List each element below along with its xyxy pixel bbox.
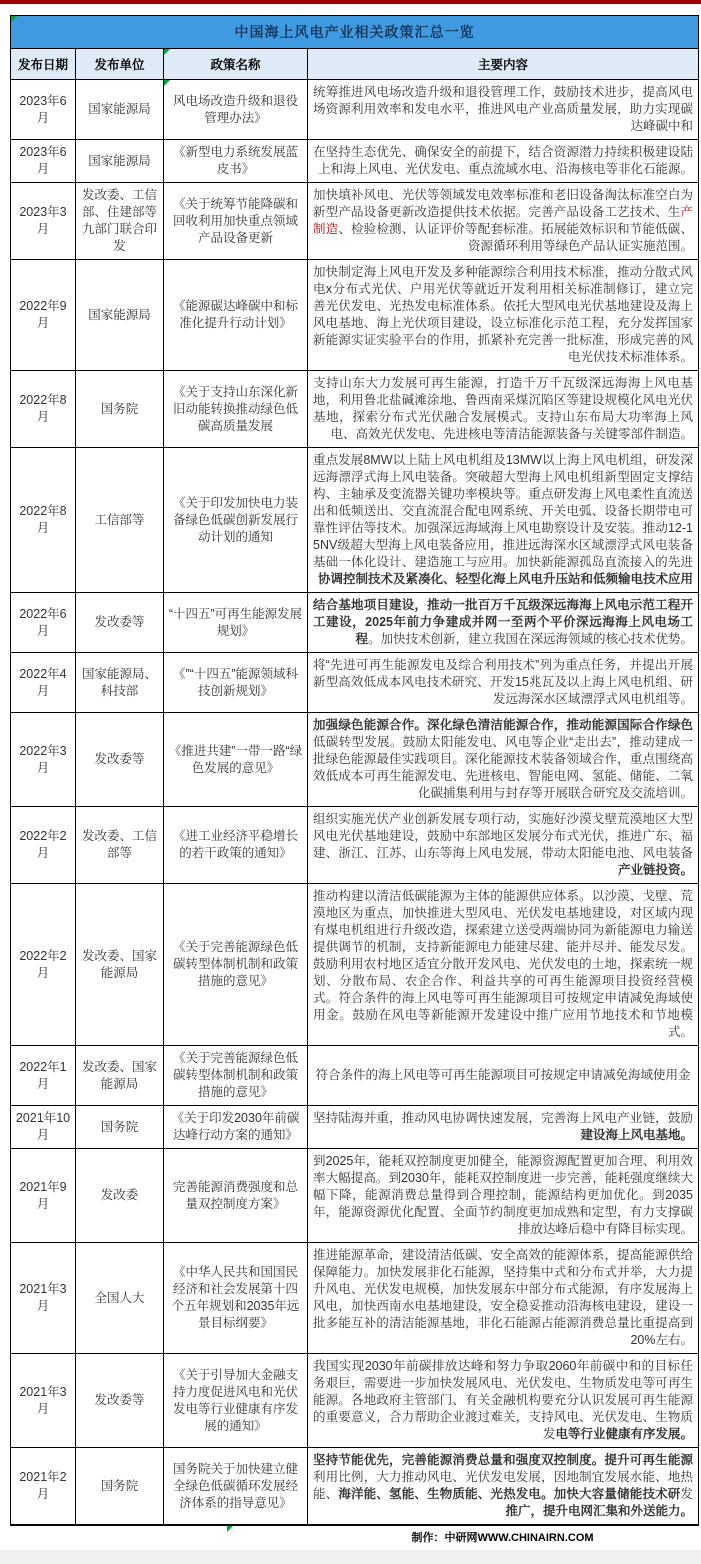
table-row: 2021年3月 全国人大 《中华人民共和国国民经济和社会发展第十四个五年规划和2… (11, 1243, 699, 1354)
cell-unit: 发改委 (76, 1149, 164, 1243)
cell-content: 到2025年，能耗双控制度更加健全，能源资源配置更加合理、利用效率大幅提高。到2… (308, 1149, 699, 1243)
table-row: 2021年10月 国务院 《关于印发2030年前碳达峰行动方案的通知》 坚持陆海… (11, 1106, 699, 1149)
cell-date: 2021年2月 (11, 1448, 76, 1526)
cell-policy-name: 《”“十四五”能源领域科技创新规划》 (164, 653, 308, 713)
col-header-content: 主要内容 (308, 49, 699, 80)
table-row: 2022年4月 国家能源局、科技部 《”“十四五”能源领域科技创新规划》 将“先… (11, 653, 699, 713)
bottom-gray-strip (0, 1550, 701, 1564)
cell-policy-name: 《能源碳达峰碳中和标准化提升行动计划》 (164, 260, 308, 371)
cell-content: 推动构建以清洁低碳能源为主体的能源供应体系。以沙漠、戈壁、荒漠地区为重点，加快推… (308, 884, 699, 1046)
cell-unit: 国家能源局、科技部 (76, 653, 164, 713)
footer-credit: 制作：中研网WWW.CHINAIRN.COM (307, 1529, 698, 1545)
table-row: 2023年6月 国家能源局 《新型电力系统发展蓝皮书》 在坚持生态优先、确保安全… (11, 140, 699, 183)
cell-date: 2022年2月 (11, 807, 76, 884)
cell-content: 重点发展8MW以上陆上风电机组及13MW以上海上风电机组，研发深远海漂浮式海上风… (308, 448, 699, 593)
table-title: 中国海上风电产业相关政策汇总一览 (11, 16, 699, 49)
cell-content: 结合基地项目建设，推动一批百万千瓦级深远海海上风电示范工程开工建设，2025年前… (308, 593, 699, 653)
table-row: 2021年3月 发改委等 《关于引导加大金融支持力度促进风电和光伏发电等行业健康… (11, 1354, 699, 1448)
cell-unit: 国务院 (76, 1106, 164, 1149)
policy-table-wrap: 中国海上风电产业相关政策汇总一览 发布日期 发布单位 政策名称 主要内容 202… (10, 15, 698, 1526)
cell-corner-marker-icon (227, 1526, 233, 1532)
cell-unit: 全国人大 (76, 1243, 164, 1354)
cell-unit: 发改委等 (76, 1354, 164, 1448)
table-row: 2022年8月 工信部等 《关于印发加快电力装备绿色低碳创新发展行动计划的通知 … (11, 448, 699, 593)
cell-policy-name: “十四五”可再生能源发展规划》 (164, 593, 308, 653)
col-header-date: 发布日期 (11, 49, 76, 80)
cell-policy-name: 《关于完善能源绿色低碳转型体制机制和政策措施的意见》 (164, 884, 308, 1046)
cell-unit: 发改委、工信部、住建部等九部门联合印发 (76, 183, 164, 260)
table-body: 2023年6月 国家能源局 风电场改造升级和退役管理办法》 统筹推进风电场改造升… (11, 80, 699, 1526)
cell-policy-name: 《进工业经济平稳增长的若干政策的通知》 (164, 807, 308, 884)
table-row: 2021年9月 发改委 完善能源消费强度和总量双控制度方案》 到2025年，能耗… (11, 1149, 699, 1243)
cell-policy-name: 《推进共建”一带一路“绿色发展的意见》 (164, 713, 308, 807)
cell-date: 2023年6月 (11, 80, 76, 140)
cell-date: 2022年8月 (11, 371, 76, 448)
col-header-policy-name: 政策名称 (164, 49, 308, 80)
col-header-unit: 发布单位 (76, 49, 164, 80)
cell-policy-name: 《中华人民共和国国民经济和社会发展第十四个五年规划和2035年远景目标纲要》 (164, 1243, 308, 1354)
cell-content: 推进能源革命，建设清洁低碳、安全高效的能源体系，提高能源供给保障能力。加快发展非… (308, 1243, 699, 1354)
cell-unit: 国家能源局 (76, 260, 164, 371)
table-row: 2021年2月 国务院 国务院关于加快建立健全绿色低碳循环发展经济体系的指导意见… (11, 1448, 699, 1526)
cell-content: 符合条件的海上风电等可再生能源项目可按规定申请减免海域使用金 (308, 1046, 699, 1106)
top-red-divider (0, 0, 701, 4)
table-row: 2023年3月 发改委、工信部、住建部等九部门联合印发 《关于统筹节能降碳和回收… (11, 183, 699, 260)
table-row: 2022年9月 国家能源局 《能源碳达峰碳中和标准化提升行动计划》 加快制定海上… (11, 260, 699, 371)
table-row: 2022年3月 发改委等 《推进共建”一带一路“绿色发展的意见》 加强绿色能源合… (11, 713, 699, 807)
cell-content: 我国实现2030年前碳排放达峰和努力争取2060年前碳中和的目标任务艰巨，需要进… (308, 1354, 699, 1448)
table-row: 2022年6月 发改委等 “十四五”可再生能源发展规划》 结合基地项目建设，推动… (11, 593, 699, 653)
cell-unit: 工信部等 (76, 448, 164, 593)
cell-content: 加快填补风电、光伏等领域发电效率标准和老旧设备淘汰标准空白为新型产品设备更新改造… (308, 183, 699, 260)
table-row: 2022年8月 国务院 《关于支持山东深化新旧动能转换推动绿色低碳高质量发展 支… (11, 371, 699, 448)
cell-date: 2021年3月 (11, 1243, 76, 1354)
cell-content: 加强绿色能源合作。深化绿色清洁能源合作，推动能源国际合作绿色低碳转型发展。鼓励太… (308, 713, 699, 807)
table-row: 2022年1月 发改委、国家能源局 《关于完善能源绿色低碳转型体制机制和政策措施… (11, 1046, 699, 1106)
cell-policy-name: 《关于印发2030年前碳达峰行动方案的通知》 (164, 1106, 308, 1149)
policy-table: 中国海上风电产业相关政策汇总一览 发布日期 发布单位 政策名称 主要内容 202… (10, 15, 699, 1526)
cell-date: 2022年1月 (11, 1046, 76, 1106)
cell-policy-name: 国务院关于加快建立健全绿色低碳循环发展经济体系的指导意见》 (164, 1448, 308, 1526)
cell-date: 2022年3月 (11, 713, 76, 807)
cell-content: 支持山东大力发展可再生能源，打造千万千瓦级深远海海上风电基地，利用鲁北盐碱滩涂地… (308, 371, 699, 448)
cell-unit: 发改委、国家能源局 (76, 1046, 164, 1106)
cell-policy-name: 《关于引导加大金融支持力度促进风电和光伏发电等行业健康有序发展的通知》 (164, 1354, 308, 1448)
cell-policy-name: 《关于完善能源绿色低碳转型体制机制和政策措施的意见》 (164, 1046, 308, 1106)
footer-row: 制作：中研网WWW.CHINAIRN.COM (10, 1526, 698, 1548)
cell-content: 统筹推进风电场改造升级和退役管理工作，鼓励技术进步，提高风电场资源利用效率和发电… (308, 80, 699, 140)
table-row: 2022年2月 发改委、工信部等 《进工业经济平稳增长的若干政策的通知》 组织实… (11, 807, 699, 884)
cell-unit: 国家能源局 (76, 80, 164, 140)
cell-content: 坚持陆海并重，推动风电协调快速发展，完善海上风电产业链，鼓励建设海上风电基地。 (308, 1106, 699, 1149)
cell-date: 2021年9月 (11, 1149, 76, 1243)
cell-date: 2022年9月 (11, 260, 76, 371)
cell-unit: 发改委、工信部等 (76, 807, 164, 884)
cell-content: 坚持节能优先，完善能源消费总量和强度双控制度。提升可再生能源利用比例，大力推动风… (308, 1448, 699, 1526)
cell-policy-name: 《关于支持山东深化新旧动能转换推动绿色低碳高质量发展 (164, 371, 308, 448)
cell-date: 2023年3月 (11, 183, 76, 260)
table-row: 2023年6月 国家能源局 风电场改造升级和退役管理办法》 统筹推进风电场改造升… (11, 80, 699, 140)
cell-policy-name: 《关于统筹节能降碳和回收利用加快重点领域产品设备更新 (164, 183, 308, 260)
cell-policy-name: 《关于印发加快电力装备绿色低碳创新发展行动计划的通知 (164, 448, 308, 593)
cell-unit: 国务院 (76, 1448, 164, 1526)
cell-policy-name: 完善能源消费强度和总量双控制度方案》 (164, 1149, 308, 1243)
cell-date: 2021年10月 (11, 1106, 76, 1149)
cell-unit: 发改委、国家能源局 (76, 884, 164, 1046)
cell-date: 2021年3月 (11, 1354, 76, 1448)
cell-date: 2022年2月 (11, 884, 76, 1046)
cell-policy-name: 《新型电力系统发展蓝皮书》 (164, 140, 308, 183)
cell-unit: 发改委等 (76, 713, 164, 807)
cell-content: 将“先进可再生能源发电及综合利用技术”列为重点任务，并提出开展新型高效低成本风电… (308, 653, 699, 713)
cell-content: 在坚持生态优先、确保安全的前提下，结合资源潜力持续积极建设陆上和海上风电、光伏发… (308, 140, 699, 183)
cell-unit: 发改委等 (76, 593, 164, 653)
cell-date: 2023年6月 (11, 140, 76, 183)
cell-content: 组织实施光伏产业创新发展专项行动，实施好沙漠戈壁荒漠地区大型风电光伏基地建设，鼓… (308, 807, 699, 884)
table-row: 2022年2月 发改委、国家能源局 《关于完善能源绿色低碳转型体制机制和政策措施… (11, 884, 699, 1046)
cell-unit: 国务院 (76, 371, 164, 448)
cell-content: 加快制定海上风电开发及多种能源综合利用技术标准，推动分散式风电x分布式光伏、户用… (308, 260, 699, 371)
cell-date: 2022年4月 (11, 653, 76, 713)
cell-policy-name: 风电场改造升级和退役管理办法》 (164, 80, 308, 140)
cell-date: 2022年6月 (11, 593, 76, 653)
cell-unit: 国家能源局 (76, 140, 164, 183)
cell-date: 2022年8月 (11, 448, 76, 593)
